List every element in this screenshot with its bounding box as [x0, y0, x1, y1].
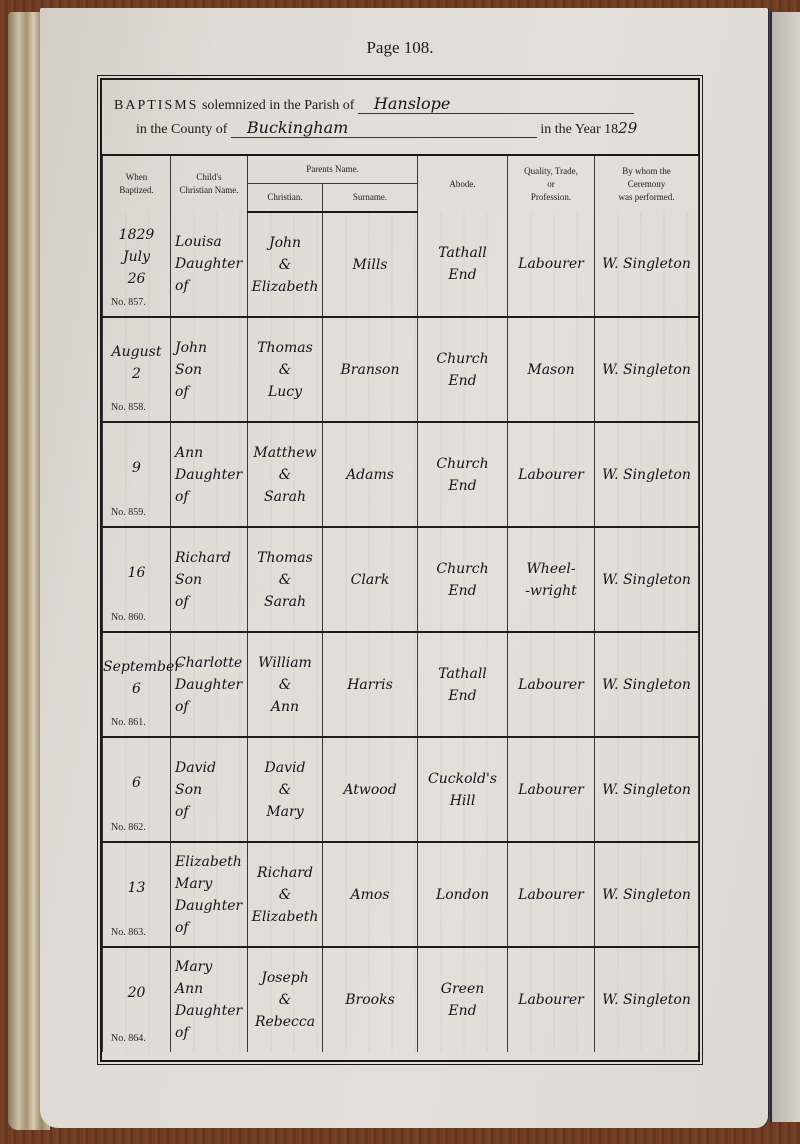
- parents-christian-text: Matthew & Sarah: [248, 442, 322, 508]
- cell-quality: Labourer: [508, 422, 595, 527]
- cell-surname: Branson: [323, 317, 418, 422]
- cell-child: Elizabeth Mary Daughter of: [171, 842, 248, 947]
- table-row: August 2No. 858. John Son of Thomas & Lu…: [103, 317, 699, 422]
- header-parents-christian: Christian.: [248, 184, 323, 213]
- cell-parents-christian: Thomas & Lucy: [248, 317, 323, 422]
- parents-christian-text: Joseph & Rebecca: [248, 967, 322, 1033]
- cell-quality: Labourer: [508, 737, 595, 842]
- when-text: 20: [103, 982, 170, 1004]
- abode-text: Green End: [418, 978, 507, 1022]
- header-parents-surname: Surname.: [323, 184, 418, 213]
- cell-child: Charlotte Daughter of: [171, 632, 248, 737]
- cell-officiant: W. Singleton: [595, 947, 699, 1052]
- header-quality: Quality, Trade, or Profession.: [508, 155, 595, 212]
- quality-text: Labourer: [508, 674, 594, 696]
- surname-text: Harris: [323, 674, 417, 696]
- page-number: Page 108.: [0, 38, 800, 58]
- cell-parents-christian: Thomas & Sarah: [248, 527, 323, 632]
- when-text: August 2: [103, 341, 170, 385]
- cell-surname: Clark: [323, 527, 418, 632]
- county-field: Buckingham: [231, 118, 537, 138]
- cell-parents-christian: John & Elizabeth: [248, 212, 323, 317]
- entry-number: No. 860.: [111, 612, 146, 623]
- quality-text: Labourer: [508, 779, 594, 801]
- abode-text: Tathall End: [418, 663, 507, 707]
- register-frame: BAPTISMS solemnized in the Parish of Han…: [100, 78, 700, 1062]
- cell-surname: Atwood: [323, 737, 418, 842]
- header-parents-name: Parents Name.: [248, 155, 418, 184]
- child-text: Ann Daughter of: [171, 442, 247, 508]
- baptism-register-table: When Baptized. Child's Christian Name. P…: [102, 154, 699, 1052]
- surname-text: Branson: [323, 359, 417, 381]
- cell-abode: Cuckold's Hill: [418, 737, 508, 842]
- surname-text: Amos: [323, 884, 417, 906]
- table-row: 9No. 859. Ann Daughter of Matthew & Sara…: [103, 422, 699, 527]
- cell-abode: London: [418, 842, 508, 947]
- parents-christian-text: David & Mary: [248, 757, 322, 823]
- cell-abode: Church End: [418, 317, 508, 422]
- child-text: Mary Ann Daughter of: [171, 956, 247, 1044]
- cell-when: September 6No. 861.: [103, 632, 171, 737]
- entry-number: No. 861.: [111, 717, 146, 728]
- cell-abode: Tathall End: [418, 212, 508, 317]
- cell-when: 20No. 864.: [103, 947, 171, 1052]
- cell-officiant: W. Singleton: [595, 842, 699, 947]
- header-officiant: By whom the Ceremony was performed.: [595, 155, 699, 212]
- cell-when: 1829 July 26No. 857.: [103, 212, 171, 317]
- cell-quality: Labourer: [508, 212, 595, 317]
- quality-text: Labourer: [508, 253, 594, 275]
- surname-text: Mills: [323, 254, 417, 276]
- quality-text: Labourer: [508, 989, 594, 1011]
- table-row: 1829 July 26No. 857. Louisa Daughter of …: [103, 212, 699, 317]
- cell-when: 9No. 859.: [103, 422, 171, 527]
- officiant-text: W. Singleton: [595, 779, 698, 801]
- parish-field: Hanslope: [358, 94, 634, 114]
- year-field: 29: [618, 119, 637, 137]
- abode-text: Tathall End: [418, 242, 507, 286]
- quality-text: Labourer: [508, 884, 594, 906]
- table-row: 13No. 863. Elizabeth Mary Daughter of Ri…: [103, 842, 699, 947]
- officiant-text: W. Singleton: [595, 464, 698, 486]
- officiant-text: W. Singleton: [595, 569, 698, 591]
- abode-text: London: [418, 884, 507, 906]
- title-caps-word: BAPTISMS: [114, 98, 198, 113]
- cell-abode: Tathall End: [418, 632, 508, 737]
- quality-text: Wheel- -wright: [508, 558, 594, 602]
- table-row: 16No. 860. Richard Son of Thomas & Sarah…: [103, 527, 699, 632]
- officiant-text: W. Singleton: [595, 884, 698, 906]
- officiant-text: W. Singleton: [595, 359, 698, 381]
- entry-number: No. 862.: [111, 822, 146, 833]
- child-text: David Son of: [171, 757, 247, 823]
- parents-christian-text: Thomas & Lucy: [248, 337, 322, 403]
- parents-christian-text: John & Elizabeth: [248, 232, 322, 298]
- surname-text: Brooks: [323, 989, 417, 1011]
- entry-number: No. 858.: [111, 402, 146, 413]
- surname-text: Clark: [323, 569, 417, 591]
- child-text: John Son of: [171, 337, 247, 403]
- table-row: 20No. 864. Mary Ann Daughter of Joseph &…: [103, 947, 699, 1052]
- parents-christian-text: Thomas & Sarah: [248, 547, 322, 613]
- when-text: 9: [103, 457, 170, 479]
- cell-child: Louisa Daughter of: [171, 212, 248, 317]
- cell-quality: Labourer: [508, 842, 595, 947]
- entry-number: No. 859.: [111, 507, 146, 518]
- cell-quality: Labourer: [508, 947, 595, 1052]
- cell-surname: Mills: [323, 212, 418, 317]
- cell-officiant: W. Singleton: [595, 212, 699, 317]
- cell-officiant: W. Singleton: [595, 737, 699, 842]
- entry-number: No. 857.: [111, 297, 146, 308]
- cell-parents-christian: David & Mary: [248, 737, 323, 842]
- abode-text: Church End: [418, 558, 507, 602]
- table-row: September 6No. 861. Charlotte Daughter o…: [103, 632, 699, 737]
- cell-quality: Mason: [508, 317, 595, 422]
- header-child-name: Child's Christian Name.: [171, 155, 248, 212]
- cell-quality: Wheel- -wright: [508, 527, 595, 632]
- cell-officiant: W. Singleton: [595, 632, 699, 737]
- title-line-2: in the County of Buckingham in the Year …: [136, 118, 637, 138]
- cell-parents-christian: Joseph & Rebecca: [248, 947, 323, 1052]
- abode-text: Church End: [418, 453, 507, 497]
- cell-officiant: W. Singleton: [595, 422, 699, 527]
- cell-parents-christian: Matthew & Sarah: [248, 422, 323, 527]
- cell-when: August 2No. 858.: [103, 317, 171, 422]
- title-line2-suffix: in the Year 18: [540, 122, 618, 137]
- officiant-text: W. Singleton: [595, 253, 698, 275]
- cell-when: 16No. 860.: [103, 527, 171, 632]
- cell-abode: Church End: [418, 422, 508, 527]
- cell-abode: Green End: [418, 947, 508, 1052]
- table-row: 6No. 862. David Son of David & Mary Atwo…: [103, 737, 699, 842]
- cell-child: Richard Son of: [171, 527, 248, 632]
- officiant-text: W. Singleton: [595, 674, 698, 696]
- abode-text: Church End: [418, 348, 507, 392]
- when-text: 1829 July 26: [103, 224, 170, 290]
- cell-when: 6No. 862.: [103, 737, 171, 842]
- entry-number: No. 864.: [111, 1033, 146, 1044]
- child-text: Richard Son of: [171, 547, 247, 613]
- when-text: 6: [103, 772, 170, 794]
- surname-text: Atwood: [323, 779, 417, 801]
- cell-officiant: W. Singleton: [595, 317, 699, 422]
- title-line2-prefix: in the County of: [136, 122, 227, 137]
- child-text: Charlotte Daughter of: [171, 652, 247, 718]
- child-text: Louisa Daughter of: [171, 231, 247, 297]
- cell-child: David Son of: [171, 737, 248, 842]
- surname-text: Adams: [323, 464, 417, 486]
- quality-text: Labourer: [508, 464, 594, 486]
- title-line-1: BAPTISMS solemnized in the Parish of Han…: [114, 94, 634, 114]
- when-text: 16: [103, 562, 170, 584]
- header-when-baptized: When Baptized.: [103, 155, 171, 212]
- cell-parents-christian: Richard & Elizabeth: [248, 842, 323, 947]
- cell-surname: Adams: [323, 422, 418, 527]
- cell-child: Mary Ann Daughter of: [171, 947, 248, 1052]
- child-text: Elizabeth Mary Daughter of: [171, 851, 247, 939]
- cell-child: Ann Daughter of: [171, 422, 248, 527]
- cell-when: 13No. 863.: [103, 842, 171, 947]
- cell-child: John Son of: [171, 317, 248, 422]
- cell-abode: Church End: [418, 527, 508, 632]
- cell-surname: Brooks: [323, 947, 418, 1052]
- cell-quality: Labourer: [508, 632, 595, 737]
- cell-officiant: W. Singleton: [595, 527, 699, 632]
- parents-christian-text: William & Ann: [248, 652, 322, 718]
- title-line1-text: solemnized in the Parish of: [202, 98, 354, 113]
- parents-christian-text: Richard & Elizabeth: [248, 862, 322, 928]
- adjacent-page-edge: [770, 12, 800, 1122]
- quality-text: Mason: [508, 359, 594, 381]
- when-text: 13: [103, 877, 170, 899]
- abode-text: Cuckold's Hill: [418, 768, 507, 812]
- cell-surname: Amos: [323, 842, 418, 947]
- register-title-block: BAPTISMS solemnized in the Parish of Han…: [102, 80, 698, 154]
- entry-number: No. 863.: [111, 927, 146, 938]
- cell-surname: Harris: [323, 632, 418, 737]
- officiant-text: W. Singleton: [595, 989, 698, 1011]
- header-abode: Abode.: [418, 155, 508, 212]
- when-text: September 6: [103, 656, 170, 700]
- cell-parents-christian: William & Ann: [248, 632, 323, 737]
